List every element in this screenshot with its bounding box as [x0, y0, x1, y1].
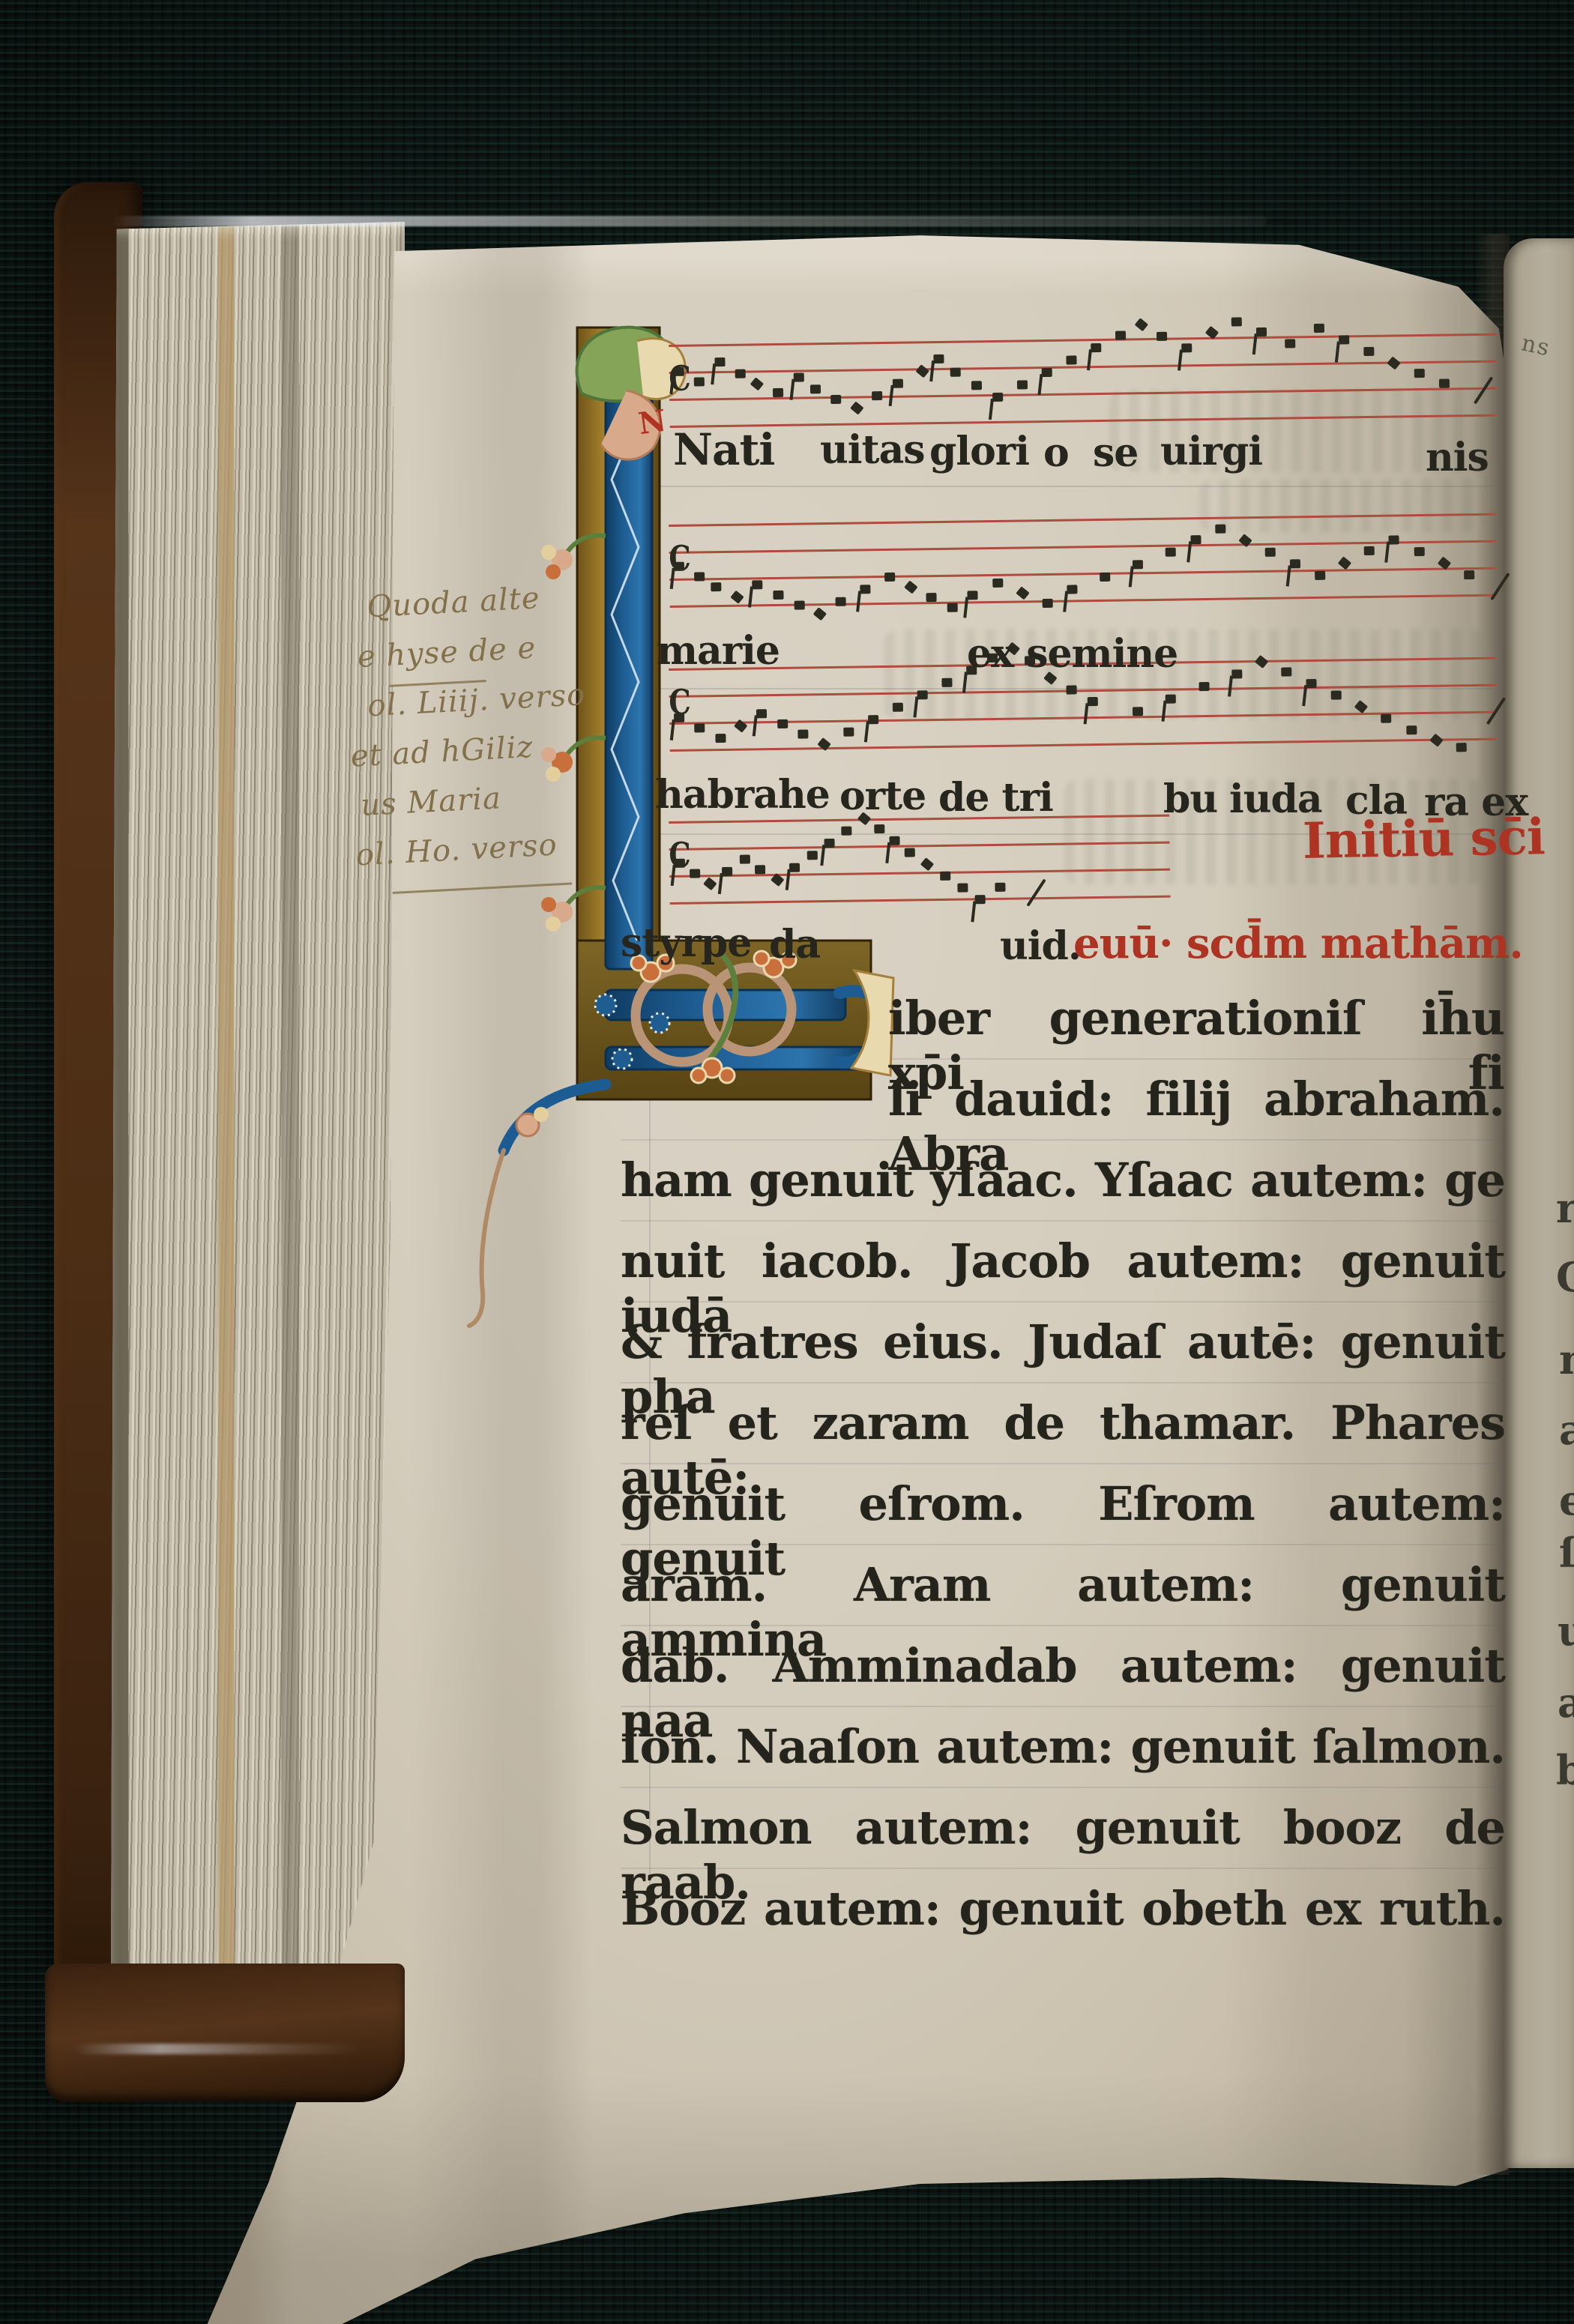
- lyric-word: habrahe: [655, 772, 830, 818]
- neume-mark: [1026, 879, 1046, 907]
- neume-mark: [711, 582, 721, 591]
- neume-mark: [1406, 725, 1417, 734]
- lyric-word: ex semine: [967, 631, 1178, 677]
- lyric-word: styrpe: [621, 920, 751, 966]
- lyric-word: se: [1093, 430, 1138, 476]
- neume-mark: [730, 591, 744, 604]
- neume-mark: [1238, 534, 1252, 547]
- music-stave-1: C: [669, 304, 1498, 465]
- neume-mark: [1100, 573, 1110, 582]
- neume-mark: [1265, 548, 1276, 557]
- neume-mark: [1364, 347, 1375, 356]
- neume-mark: [1314, 324, 1324, 333]
- neume-mark: [1306, 679, 1317, 688]
- neume-mark: [789, 863, 800, 872]
- neume-mark: [1256, 328, 1267, 336]
- neume-mark: [1182, 343, 1192, 352]
- neume-mark: [1255, 655, 1268, 668]
- neume-mark: [942, 678, 953, 687]
- gospel-text-line: genuit eſrom. Eſrom autem: genuit: [621, 1476, 1505, 1539]
- neume-mark: [934, 354, 944, 363]
- neume-mark: [1315, 571, 1325, 580]
- rubric-evangelium-secundum-mattheum: euū· scd̄m mathām.: [1073, 919, 1523, 968]
- gospel-text-line: Salmon autem: genuit booz de raab.: [621, 1800, 1505, 1863]
- edge-letter: e: [1559, 1476, 1574, 1524]
- neume-mark: [860, 585, 870, 594]
- neume-mark: [739, 855, 750, 864]
- neume-mark: [1464, 570, 1474, 579]
- neume-mark: [1133, 560, 1143, 569]
- neume-mark: [843, 728, 854, 737]
- gospel-text-line: aram. Aram autem: genuit ammina: [621, 1557, 1505, 1620]
- neume-mark: [1456, 743, 1466, 752]
- neume-mark: [694, 572, 705, 581]
- neume-mark: [842, 827, 852, 836]
- page-edges-stack: [111, 222, 405, 2020]
- neume-mark: [1331, 690, 1342, 699]
- neume-mark: [750, 377, 764, 390]
- neume-mark: [755, 865, 765, 874]
- neume-mark: [872, 391, 883, 400]
- neume-mark: [797, 729, 808, 738]
- neume-mark: [1087, 697, 1097, 706]
- neume-mark: [1437, 556, 1450, 570]
- neume-mark: [817, 737, 830, 751]
- neume-mark: [722, 867, 732, 876]
- neume-mark: [1290, 559, 1300, 568]
- red-cue-letter: N: [636, 403, 669, 442]
- neume-mark: [714, 357, 725, 366]
- neume-mark: [806, 851, 817, 860]
- neume-mark: [975, 895, 986, 904]
- lyric-word: de tri: [938, 775, 1053, 821]
- neume-mark: [1166, 695, 1176, 704]
- neume-mark: [1017, 380, 1028, 389]
- neume-mark: [735, 369, 746, 378]
- neume-mark: [715, 734, 726, 743]
- neume-mark: [1066, 355, 1076, 364]
- tail-flourish-thin: [469, 1150, 504, 1326]
- neume-mark: [940, 872, 950, 881]
- neume-mark: [1133, 707, 1143, 716]
- neume-mark: [874, 824, 884, 833]
- neume-mark: [1364, 546, 1375, 555]
- edge-letter: u: [1558, 1607, 1574, 1655]
- neume-mark: [905, 848, 915, 857]
- edge-letter: n: [1559, 1335, 1574, 1383]
- neume-mark: [1042, 599, 1052, 608]
- neume-mark: [777, 719, 788, 728]
- leather-bottom-corner: [45, 1964, 405, 2102]
- neume-mark: [947, 603, 957, 612]
- neume-mark: [920, 857, 934, 871]
- neume-mark: [1338, 556, 1351, 570]
- gospel-text-line: Booz autem: genuit obeth ex ruth.: [621, 1881, 1505, 1944]
- neume-mark: [1190, 535, 1201, 544]
- neume-mark: [675, 859, 685, 868]
- gospel-text-line: & fratres eius. Judaſ autē: genuit pha: [621, 1315, 1505, 1377]
- lyric-word: uid.: [1000, 923, 1081, 969]
- neume-mark: [703, 877, 717, 890]
- lyric-word: nis: [1426, 435, 1489, 480]
- neume-mark: [773, 591, 783, 600]
- neume-mark: [992, 579, 1003, 588]
- neume-mark: [1204, 326, 1218, 339]
- neume-mark: [971, 381, 982, 390]
- tail-leaf-dot: [534, 1107, 549, 1122]
- neume-mark: [893, 703, 903, 712]
- neume-mark: [1339, 335, 1349, 344]
- gospel-text-line: iber generationiſ ih̄u xp̄i fi: [888, 991, 1504, 1054]
- neume-mark: [1157, 332, 1167, 341]
- neume-mark: [916, 364, 929, 378]
- neume-mark: [926, 593, 937, 602]
- edge-letter: a: [1558, 1679, 1574, 1727]
- edge-letter: ſ: [1559, 1529, 1574, 1577]
- neume-mark: [773, 388, 783, 397]
- neume-mark: [810, 384, 821, 393]
- neume-mark: [756, 709, 767, 718]
- edge-letter: r: [1556, 1184, 1574, 1232]
- neume-mark: [1285, 339, 1296, 348]
- neume-mark: [824, 839, 835, 848]
- neume-mark: [1414, 547, 1424, 556]
- neume-mark: [1166, 548, 1176, 557]
- neume-mark: [893, 379, 903, 388]
- neume-mark: [753, 580, 763, 589]
- neume-mark: [968, 591, 978, 600]
- lyric-word: uitas: [820, 427, 925, 473]
- lyric-word: Nati: [673, 424, 774, 475]
- gospel-text-line: nuit iacob. Jacob autem: genuit iudā: [621, 1234, 1505, 1297]
- neume-mark: [1016, 586, 1029, 600]
- neume-mark: [884, 573, 895, 582]
- neume-mark: [734, 719, 747, 733]
- neume-mark: [889, 836, 899, 845]
- gospel-text-line: ham genuit yſaac. Yſaac autem: ge: [621, 1153, 1505, 1216]
- margin-note: Quoda alte e hyse de e ol. Liiij. verso …: [331, 570, 616, 881]
- neume-mark: [992, 393, 1003, 402]
- neume-mark: [771, 873, 784, 887]
- neume-mark: [1231, 669, 1242, 678]
- neume-mark: [1091, 343, 1101, 352]
- neume-mark: [950, 368, 961, 377]
- neume-mark: [694, 723, 705, 732]
- neume-mark: [1439, 378, 1450, 387]
- manuscript-photo-scene: ns r C n a e ſ u a b: [0, 0, 1574, 2324]
- neume-mark: [1281, 667, 1291, 676]
- neume-mark: [1066, 685, 1076, 694]
- neume-mark: [995, 883, 1006, 892]
- lyric-word: da: [769, 922, 820, 968]
- edge-letter: C: [1556, 1253, 1574, 1301]
- neume-mark: [1387, 356, 1401, 369]
- neume-mark: [904, 580, 917, 594]
- neume-mark: [813, 607, 827, 621]
- gospel-text-line: li dauid: filij abraham. Abra: [888, 1072, 1504, 1135]
- neume-mark: [1231, 317, 1241, 326]
- neume-mark: [1354, 700, 1368, 713]
- neume-mark: [690, 869, 700, 878]
- neume-mark: [694, 377, 705, 386]
- neume-mark: [1115, 331, 1126, 339]
- neume-mark: [868, 715, 878, 724]
- neume-mark: [1041, 368, 1052, 377]
- neume-mark: [850, 401, 863, 414]
- lyric-word: o: [1043, 430, 1069, 476]
- rubric-initium-sancti: Initiū sc̄i: [1302, 807, 1545, 870]
- music-stave-2: C: [669, 483, 1498, 645]
- neume-mark: [957, 883, 968, 892]
- lyric-word: uirgi: [1160, 429, 1262, 474]
- neume-mark: [1198, 682, 1209, 691]
- gospel-text-line: dab. Amminadab autem: genuit naa: [621, 1638, 1505, 1701]
- gospel-text-line: ſon. Naaſon autem: genuit ſalmon.: [621, 1719, 1505, 1782]
- neume-mark: [794, 600, 804, 609]
- neume-mark: [674, 713, 684, 722]
- neume-mark: [917, 690, 928, 699]
- neume-mark: [1215, 525, 1225, 534]
- neume-mark: [793, 372, 803, 381]
- neume-mark: [673, 367, 684, 376]
- neume-mark: [1134, 318, 1148, 331]
- neume-mark: [830, 395, 841, 404]
- neume-mark: [1389, 535, 1399, 544]
- neume-mark: [1381, 714, 1392, 723]
- lyric-word: bu: [1163, 776, 1217, 822]
- lyric-word: orte: [839, 773, 926, 819]
- neume-mark: [1429, 734, 1443, 747]
- edge-letter: b: [1556, 1746, 1574, 1794]
- neume-mark: [673, 562, 684, 571]
- edge-letter: a: [1559, 1406, 1574, 1454]
- neume-mark: [1474, 376, 1493, 404]
- book-top-edge-highlight: [112, 216, 1267, 226]
- lyric-word: glori: [929, 429, 1029, 474]
- lyric-word: marie: [657, 628, 780, 674]
- gospel-text-line: reſ et zaram de thamar. Phares autē:: [621, 1395, 1505, 1458]
- neume-mark: [1067, 585, 1077, 594]
- neume-mark: [835, 597, 845, 606]
- neume-mark: [1414, 369, 1424, 378]
